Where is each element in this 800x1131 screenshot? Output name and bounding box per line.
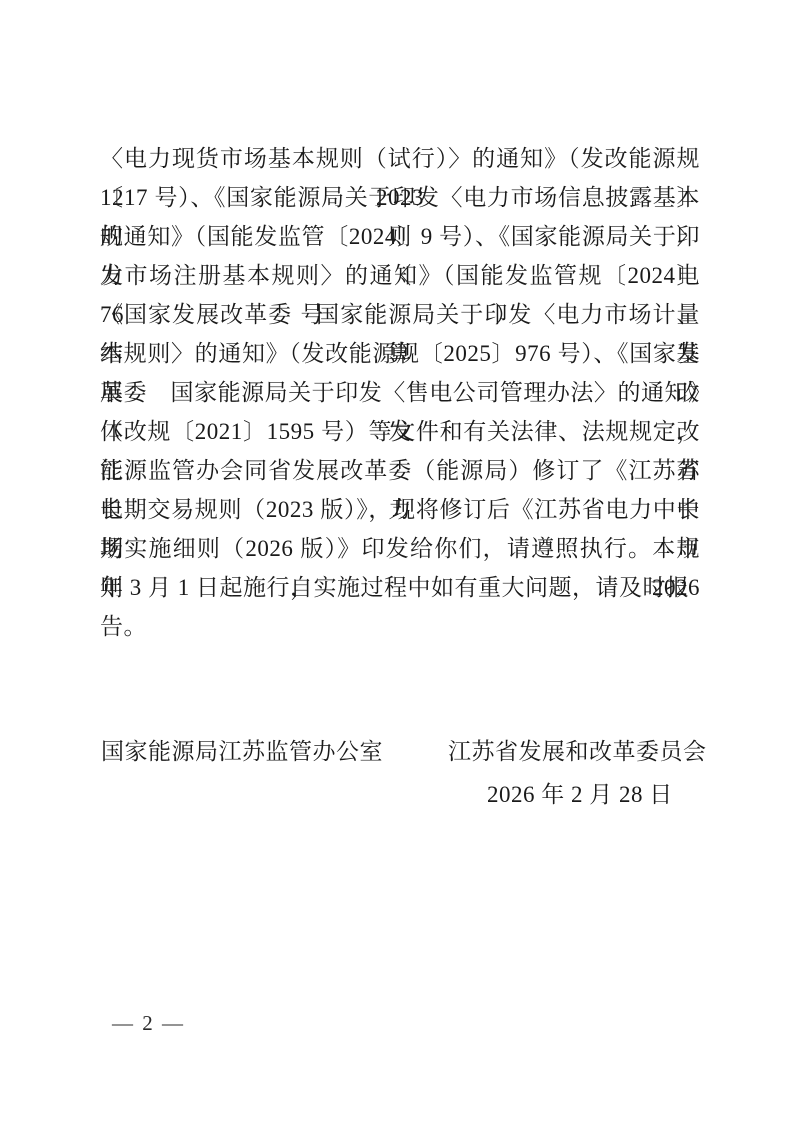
- signature-date: 2026 年 2 月 28 日: [487, 779, 673, 811]
- body-text-line: 长期交易规则（2023 版）》，现将修订后《江苏省电力中长期市: [100, 490, 700, 529]
- body-text-line: 力市场注册基本规则〉的通知》（国能发监管规〔2024〕76 号）、: [100, 256, 700, 295]
- body-text-line: 年 3 月 1 日起施行，实施过程中如有重大问题，请及时报告。: [100, 568, 700, 607]
- page-number: — 2 —: [112, 1009, 185, 1037]
- body-text-line: 本规则〉的通知》（发改能源规〔2025〕976 号）、《国家发展改: [100, 334, 700, 373]
- body-text-line: 革委 国家能源局关于印发〈售电公司管理办法〉的通知》（发改: [100, 373, 700, 412]
- body-text-line: 《国家发展改革委 国家能源局关于印发〈电力市场计量结算基: [100, 295, 700, 334]
- body-text-line: 场实施细则（2026 版）》印发给你们，请遵照执行。本规则自 2026: [100, 529, 700, 568]
- signature-org-left: 国家能源局江苏监管办公室: [101, 736, 383, 768]
- body-paragraph: 〈电力现货市场基本规则（试行）〉的通知》（发改能源规〔2023〕 1217 号）…: [100, 139, 700, 607]
- body-text-line: 的通知》（国能发监管〔2024〕9 号）、《国家能源局关于印发〈电: [100, 217, 700, 256]
- body-text-line: 1217 号）、《国家能源局关于印发〈电力市场信息披露基本规则〉: [100, 178, 700, 217]
- body-text-line: 能源监管办会同省发展改革委（能源局）修订了《江苏省电力中: [100, 451, 700, 490]
- body-text-line: 体改规〔2021〕1595 号）等文件和有关法律、法规规定，江苏: [100, 412, 700, 451]
- document-page: 〈电力现货市场基本规则（试行）〉的通知》（发改能源规〔2023〕 1217 号）…: [0, 0, 800, 1131]
- signature-org-right: 江苏省发展和改革委员会: [448, 736, 707, 768]
- body-text-line: 〈电力现货市场基本规则（试行）〉的通知》（发改能源规〔2023〕: [100, 139, 700, 178]
